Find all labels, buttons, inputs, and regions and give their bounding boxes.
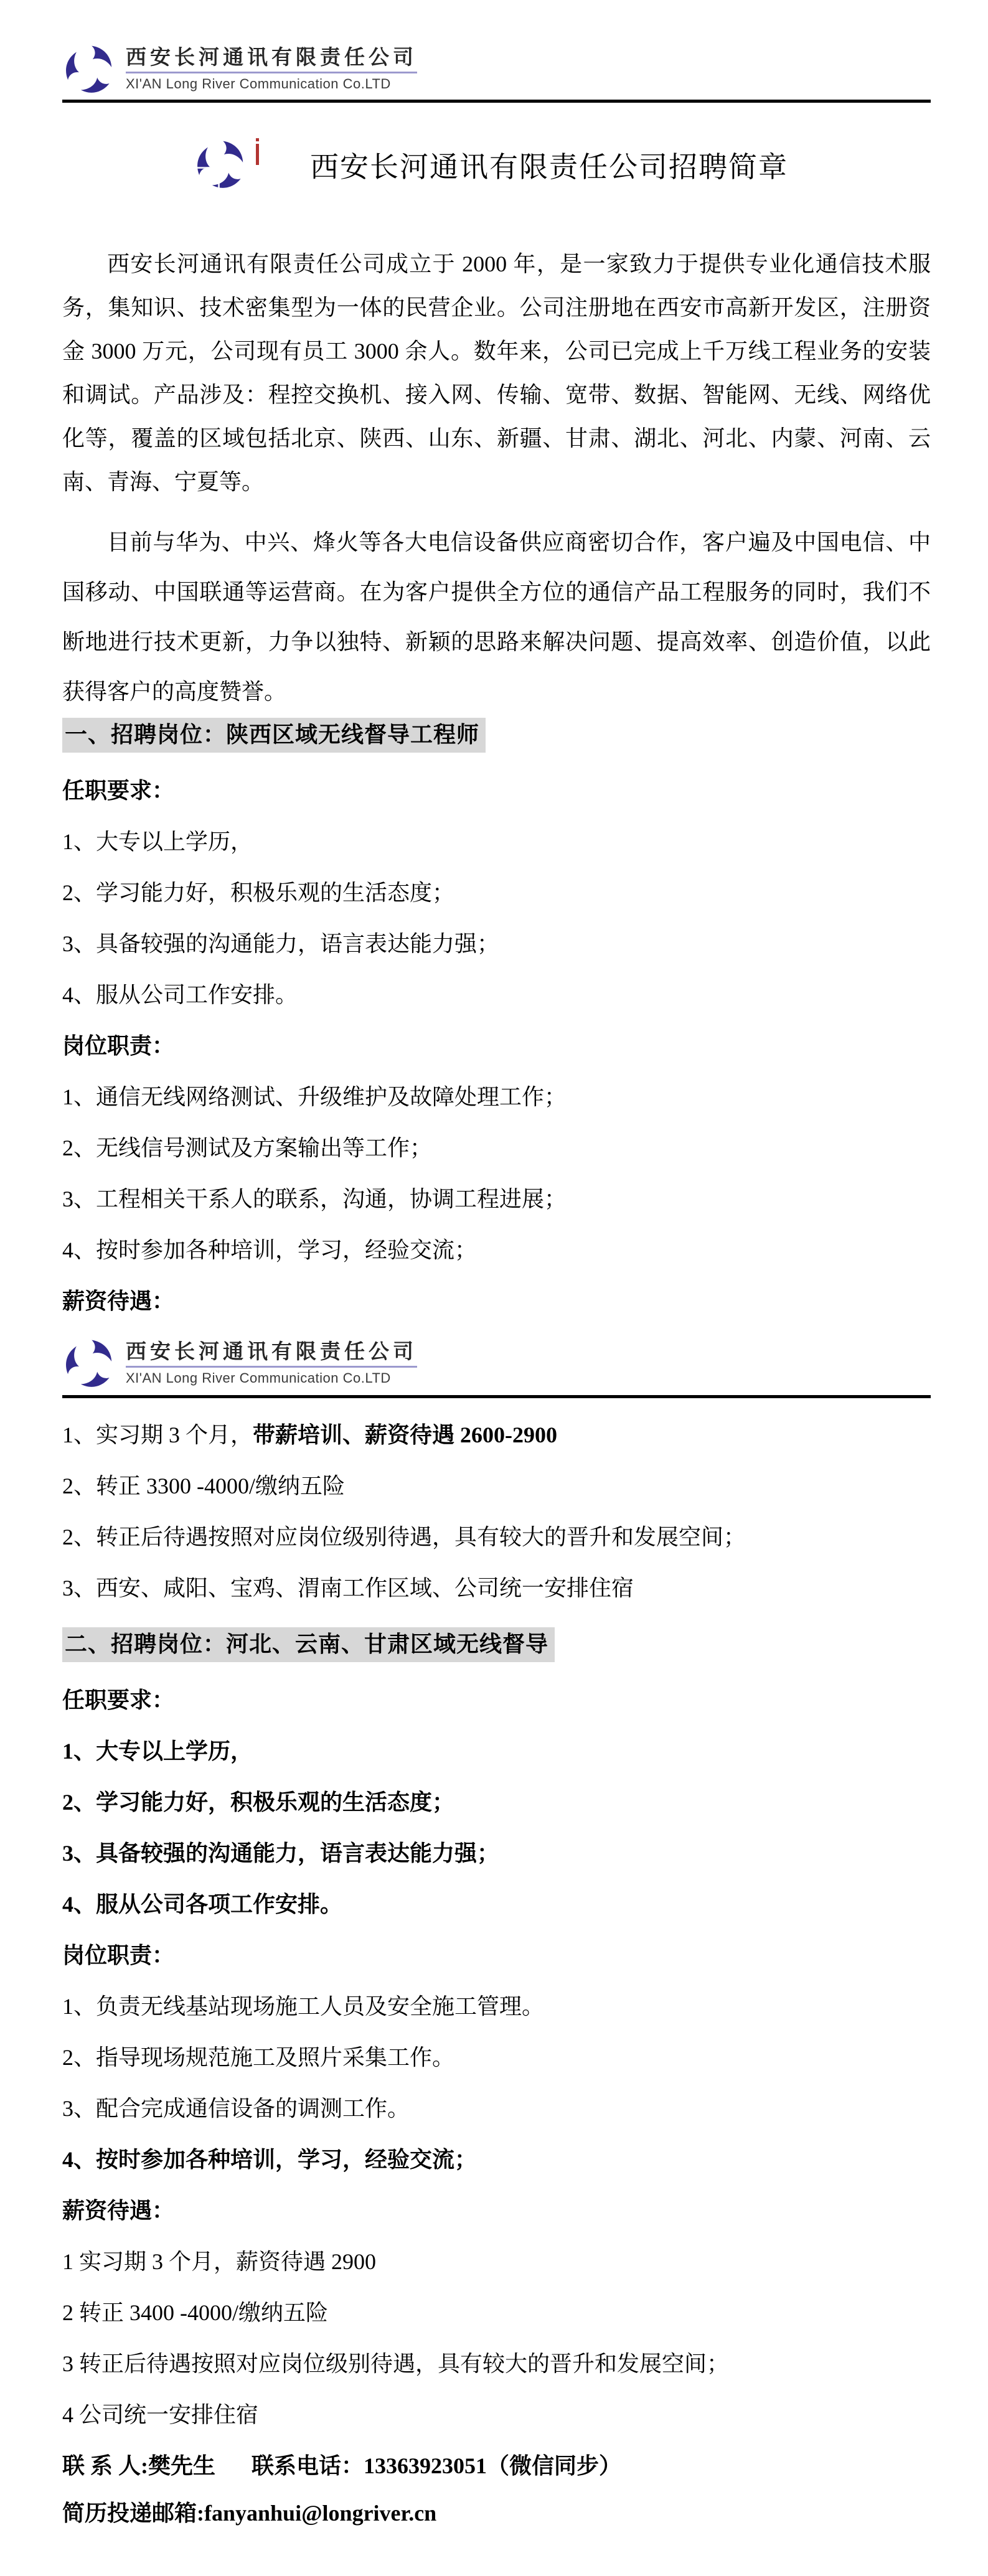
horizontal-rule [62,100,931,103]
company-name-cn: 西安长河通讯有限责任公司 [126,46,417,73]
intro-paragraph-1: 西安长河通讯有限责任公司成立于 2000 年，是一家致力于提供专业化通信技术服务… [62,242,931,504]
section2-requirements-label: 任职要求： [62,1687,931,1713]
icon-artifact-line [193,167,249,169]
page-title: 西安长河通讯有限责任公司招聘简章 [310,144,788,186]
duty-item: 3、配合完成通信设备的调测工作。 [62,2095,931,2122]
section1-salary-label: 薪资待遇： [62,1288,931,1314]
contact-email-line: 简历投递邮箱:fanyanhui@longriver.cn [62,2500,931,2526]
duty-item: 3、工程相关干系人的联系，沟通，协调工程进展； [62,1186,931,1212]
salary-item: 2、转正后待遇按照对应岗位级别待遇，具有较大的晋升和发展空间； [62,1524,931,1550]
duty-item: 4、按时参加各种培训，学习，经验交流； [62,1237,931,1263]
company-logo-swirl-icon [62,1339,117,1389]
title-row: 西安长河通讯有限责任公司招聘简章 [193,139,931,191]
salary-item-prefix: 1、实习期 3 个月， [62,1422,253,1447]
requirement-item: 4、服从公司各项工作安排。 [62,1891,931,1917]
salary-item: 2 转正 3400 -4000/缴纳五险 [62,2300,931,2326]
requirement-item: 3、具备较强的沟通能力，语言表达能力强； [62,1840,931,1866]
salary-item: 1 实习期 3 个月，薪资待遇 2900 [62,2249,931,2275]
requirement-item: 2、学习能力好，积极乐观的生活态度； [62,1789,931,1815]
salary-item-emphasis: 带薪培训、薪资待遇 2600-2900 [253,1422,557,1447]
letterhead-text: 西安长河通讯有限责任公司 XI'AN Long River Communicat… [126,45,417,92]
section2-heading: 二、招聘岗位：河北、云南、甘肃区域无线督导 [62,1627,555,1662]
salary-item: 4 公司统一安排住宿 [62,2402,931,2428]
salary-item: 1、实习期 3 个月，带薪培训、薪资待遇 2600-2900 [62,1422,931,1448]
intro-paragraph-2: 目前与华为、中兴、烽火等各大电信设备供应商密切合作，客户遍及中国电信、中国移动、… [62,517,931,717]
letterhead: 西安长河通讯有限责任公司 XI'AN Long River Communicat… [62,0,931,95]
requirement-item: 1、大专以上学历， [62,1738,931,1764]
company-name-cn: 西安长河通讯有限责任公司 [126,1340,417,1368]
swirl-icon [193,140,249,190]
company-name-en: XI'AN Long River Communication Co.LTD [126,76,417,92]
icon-artifact-line [218,140,220,190]
section1-requirements-label: 任职要求： [62,778,931,804]
letterhead-page2: 西安长河通讯有限责任公司 XI'AN Long River Communicat… [62,1339,931,1389]
section2-duties-label: 岗位职责： [62,1942,931,1968]
duty-item: 4、按时参加各种培训，学习，经验交流； [62,2146,931,2173]
requirement-item: 2、学习能力好，积极乐观的生活态度； [62,880,931,906]
salary-item: 3、西安、咸阳、宝鸡、渭南工作区域、公司统一安排住宿 [62,1575,931,1601]
salary-item: 3 转正后待遇按照对应岗位级别待遇，具有较大的晋升和发展空间； [62,2351,931,2377]
requirement-item: 4、服从公司工作安排。 [62,982,931,1008]
contact-phone: 联系电话：13363923051（微信同步） [252,2453,621,2478]
duty-item: 2、指导现场规范施工及照片采集工作。 [62,2044,931,2071]
letterhead-text: 西安长河通讯有限责任公司 XI'AN Long River Communicat… [126,1339,417,1386]
requirement-item: 1、大专以上学历， [62,829,931,855]
section1-heading: 一、招聘岗位：陕西区域无线督导工程师 [62,718,486,753]
title-swirl-icon [193,140,249,190]
requirement-item: 3、具备较强的沟通能力，语言表达能力强； [62,931,931,957]
red-i-mark-icon [256,144,259,165]
salary-item: 2、转正 3300 -4000/缴纳五险 [62,1473,931,1499]
section2-salary-label: 薪资待遇： [62,2198,931,2224]
document-page: 西安长河通讯有限责任公司 XI'AN Long River Communicat… [0,0,988,2576]
horizontal-rule [62,1395,931,1398]
contact-person: 联 系 人:樊先生 [62,2453,215,2478]
duty-item: 1、通信无线网络测试、升级维护及故障处理工作； [62,1084,931,1110]
contact-line: 联 系 人:樊先生联系电话：13363923051（微信同步） [62,2453,931,2479]
section1-duties-label: 岗位职责： [62,1033,931,1059]
company-name-en: XI'AN Long River Communication Co.LTD [126,1370,417,1386]
company-logo-swirl-icon [62,45,117,95]
duty-item: 1、负责无线基站现场施工人员及安全施工管理。 [62,1993,931,2019]
duty-item: 2、无线信号测试及方案输出等工作； [62,1135,931,1161]
